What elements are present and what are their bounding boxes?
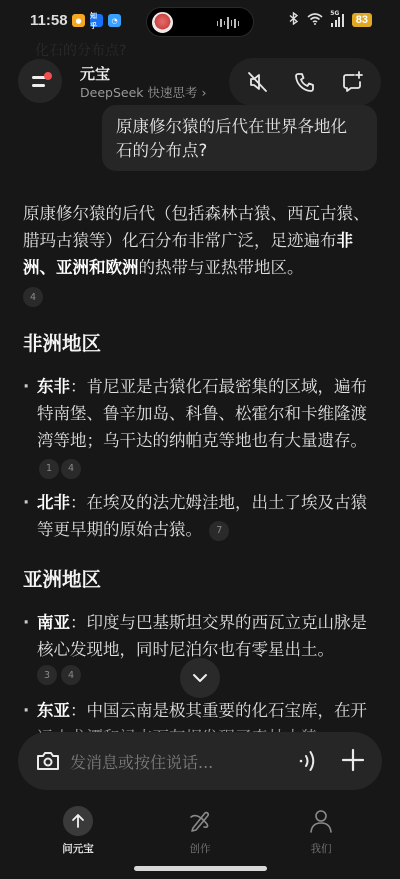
header-actions [229,58,381,106]
audio-wave-icon [217,17,240,29]
media-avatar [152,12,173,33]
status-right: 5G 83 [289,12,372,28]
voice-wave-icon [296,748,318,774]
intro-text: 原康修尔猿的后代（包括森林古猿、西瓦古猿、腊玛古猿等）化石分布非常广泛，足迹遍布 [23,204,370,250]
nav-label: 我们 [281,841,361,856]
item-label: 东非 [37,377,70,396]
phone-icon [293,70,317,94]
citation-badge[interactable]: 4 [61,459,81,479]
add-button[interactable] [340,747,366,777]
voice-button[interactable] [296,748,318,778]
message-input[interactable]: 发消息或按住说话... [70,750,213,773]
citation-row: 4 [23,287,379,307]
message-input-bar: 发消息或按住说话... [18,732,382,790]
intro-paragraph: 原康修尔猿的后代（包括森林古猿、西瓦古猿、腊玛古猿等）化石分布非常广泛，足迹遍布… [23,200,379,281]
person-icon [306,806,336,836]
notification-dot [44,72,52,80]
nav-label: 问元宝 [38,841,118,856]
chat-title: 元宝 [80,63,110,84]
menu-icon-line [32,84,45,87]
mute-icon [246,70,270,94]
dynamic-island[interactable] [146,7,254,37]
bottom-nav: 问元宝 创作 我们 [0,800,400,860]
item-text: ：印度与巴基斯坦交界的西瓦立克山脉是核心发现地，同时尼泊尔也有零星出土。 [37,613,367,659]
wifi-icon [307,13,323,28]
chevron-down-icon [192,673,208,683]
user-message-bubble: 原康修尔猿的后代在世界各地化石的分布点? [102,105,377,171]
citation-badge[interactable]: 7 [209,521,229,541]
list-item-east-africa: 东非：肯尼亚是古猿化石最密集的区域，遍布特南堡、鲁辛加岛、科鲁、松霍尔和卡维隆渡… [23,373,379,481]
menu-button[interactable] [18,59,62,103]
intro-text-end: 的热带与亚热带地区。 [139,258,304,277]
call-button[interactable] [291,68,319,96]
weibo-icon: ● [72,14,85,27]
citation-badge[interactable]: 3 [37,665,57,685]
camera-button[interactable] [35,748,61,778]
camera-icon [35,748,61,774]
scroll-to-bottom-button[interactable] [180,658,220,698]
nav-tab-ask-yuanbao[interactable]: 问元宝 [38,806,118,856]
citation-badge[interactable]: 1 [39,459,59,479]
mute-button[interactable] [244,68,272,96]
qq-browser-icon: ◔ [108,14,121,27]
item-text: ：肯尼亚是古猿化石最密集的区域，遍布特南堡、鲁辛加岛、科鲁、松霍尔和卡维隆渡湾等… [37,377,367,450]
cellular-icon: 5G [331,14,344,27]
model-selector[interactable]: DeepSeek 快速思考 › [80,83,206,101]
new-chat-button[interactable] [338,68,366,96]
zhihu-icon: 知乎 [90,14,103,27]
notification-icons: ● 知乎 ◔ [72,14,121,27]
create-icon [185,806,215,836]
home-indicator[interactable] [134,866,267,871]
item-label: 北非 [37,493,70,512]
new-chat-icon [340,70,364,94]
scrolled-message-text: 化石的分布点? [35,40,126,60]
status-time: 11:58 [30,12,68,29]
item-text: ：在埃及的法尤姆洼地，出土了埃及古猿等更早期的原始古猿。 [37,493,367,539]
section-title-africa: 非洲地区 [23,328,379,356]
item-label: 南亚 [37,613,70,632]
arrow-up-icon [63,806,93,836]
section-title-asia: 亚洲地区 [23,564,379,592]
plus-icon [340,747,366,773]
citation-badge[interactable]: 4 [61,665,81,685]
citation-badge[interactable]: 4 [23,287,43,307]
battery-indicator: 83 [352,13,372,27]
nav-tab-create[interactable]: 创作 [160,806,240,856]
status-bar: 11:58 ● 知乎 ◔ 5G 83 [0,0,400,45]
list-item-north-africa: 北非：在埃及的法尤姆洼地，出土了埃及古猿等更早期的原始古猿。 7 [23,489,379,543]
nav-tab-us[interactable]: 我们 [281,806,361,856]
nav-label: 创作 [160,841,240,856]
bluetooth-icon [289,12,299,28]
